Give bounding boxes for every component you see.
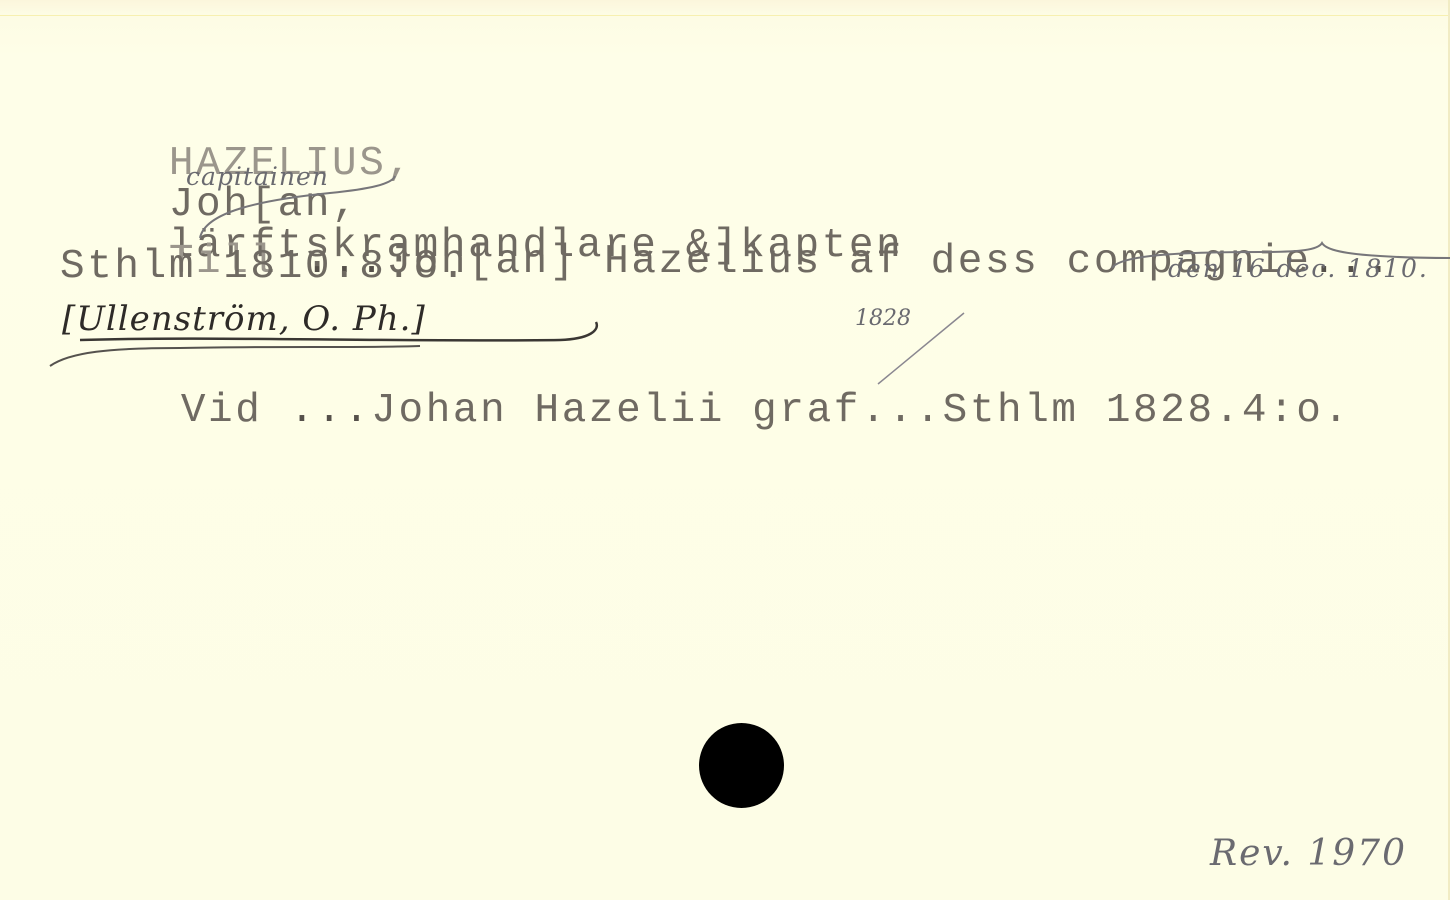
- annotation-year: 1828: [855, 308, 911, 330]
- annotation-date: den 16 dec. 1810.: [1168, 256, 1429, 281]
- entry1-imprint: Sthlm 1810.8:o.: [60, 247, 468, 288]
- catalog-card: HAZELIUS, Joh[an, lärftskramhandlare &]k…: [0, 0, 1450, 900]
- author-note: [Ullenström, O. Ph.]: [62, 302, 426, 336]
- punch-hole: [699, 723, 784, 808]
- entry2-title: graf...: [752, 388, 942, 434]
- entry2-imprint: Sthlm 1828.4:o.: [943, 388, 1351, 434]
- revision-note: Rev. 1970: [1210, 836, 1407, 872]
- entry2-prefix: Vid: [181, 388, 263, 434]
- entry2-line: Vid ...Johan Hazelii graf...Sthlm 1828.4…: [72, 350, 1351, 473]
- annotation-capitainen: capitainen: [186, 164, 329, 189]
- entry2-name: Johan Hazelii: [371, 388, 725, 434]
- entry2-dots: ...: [290, 388, 372, 434]
